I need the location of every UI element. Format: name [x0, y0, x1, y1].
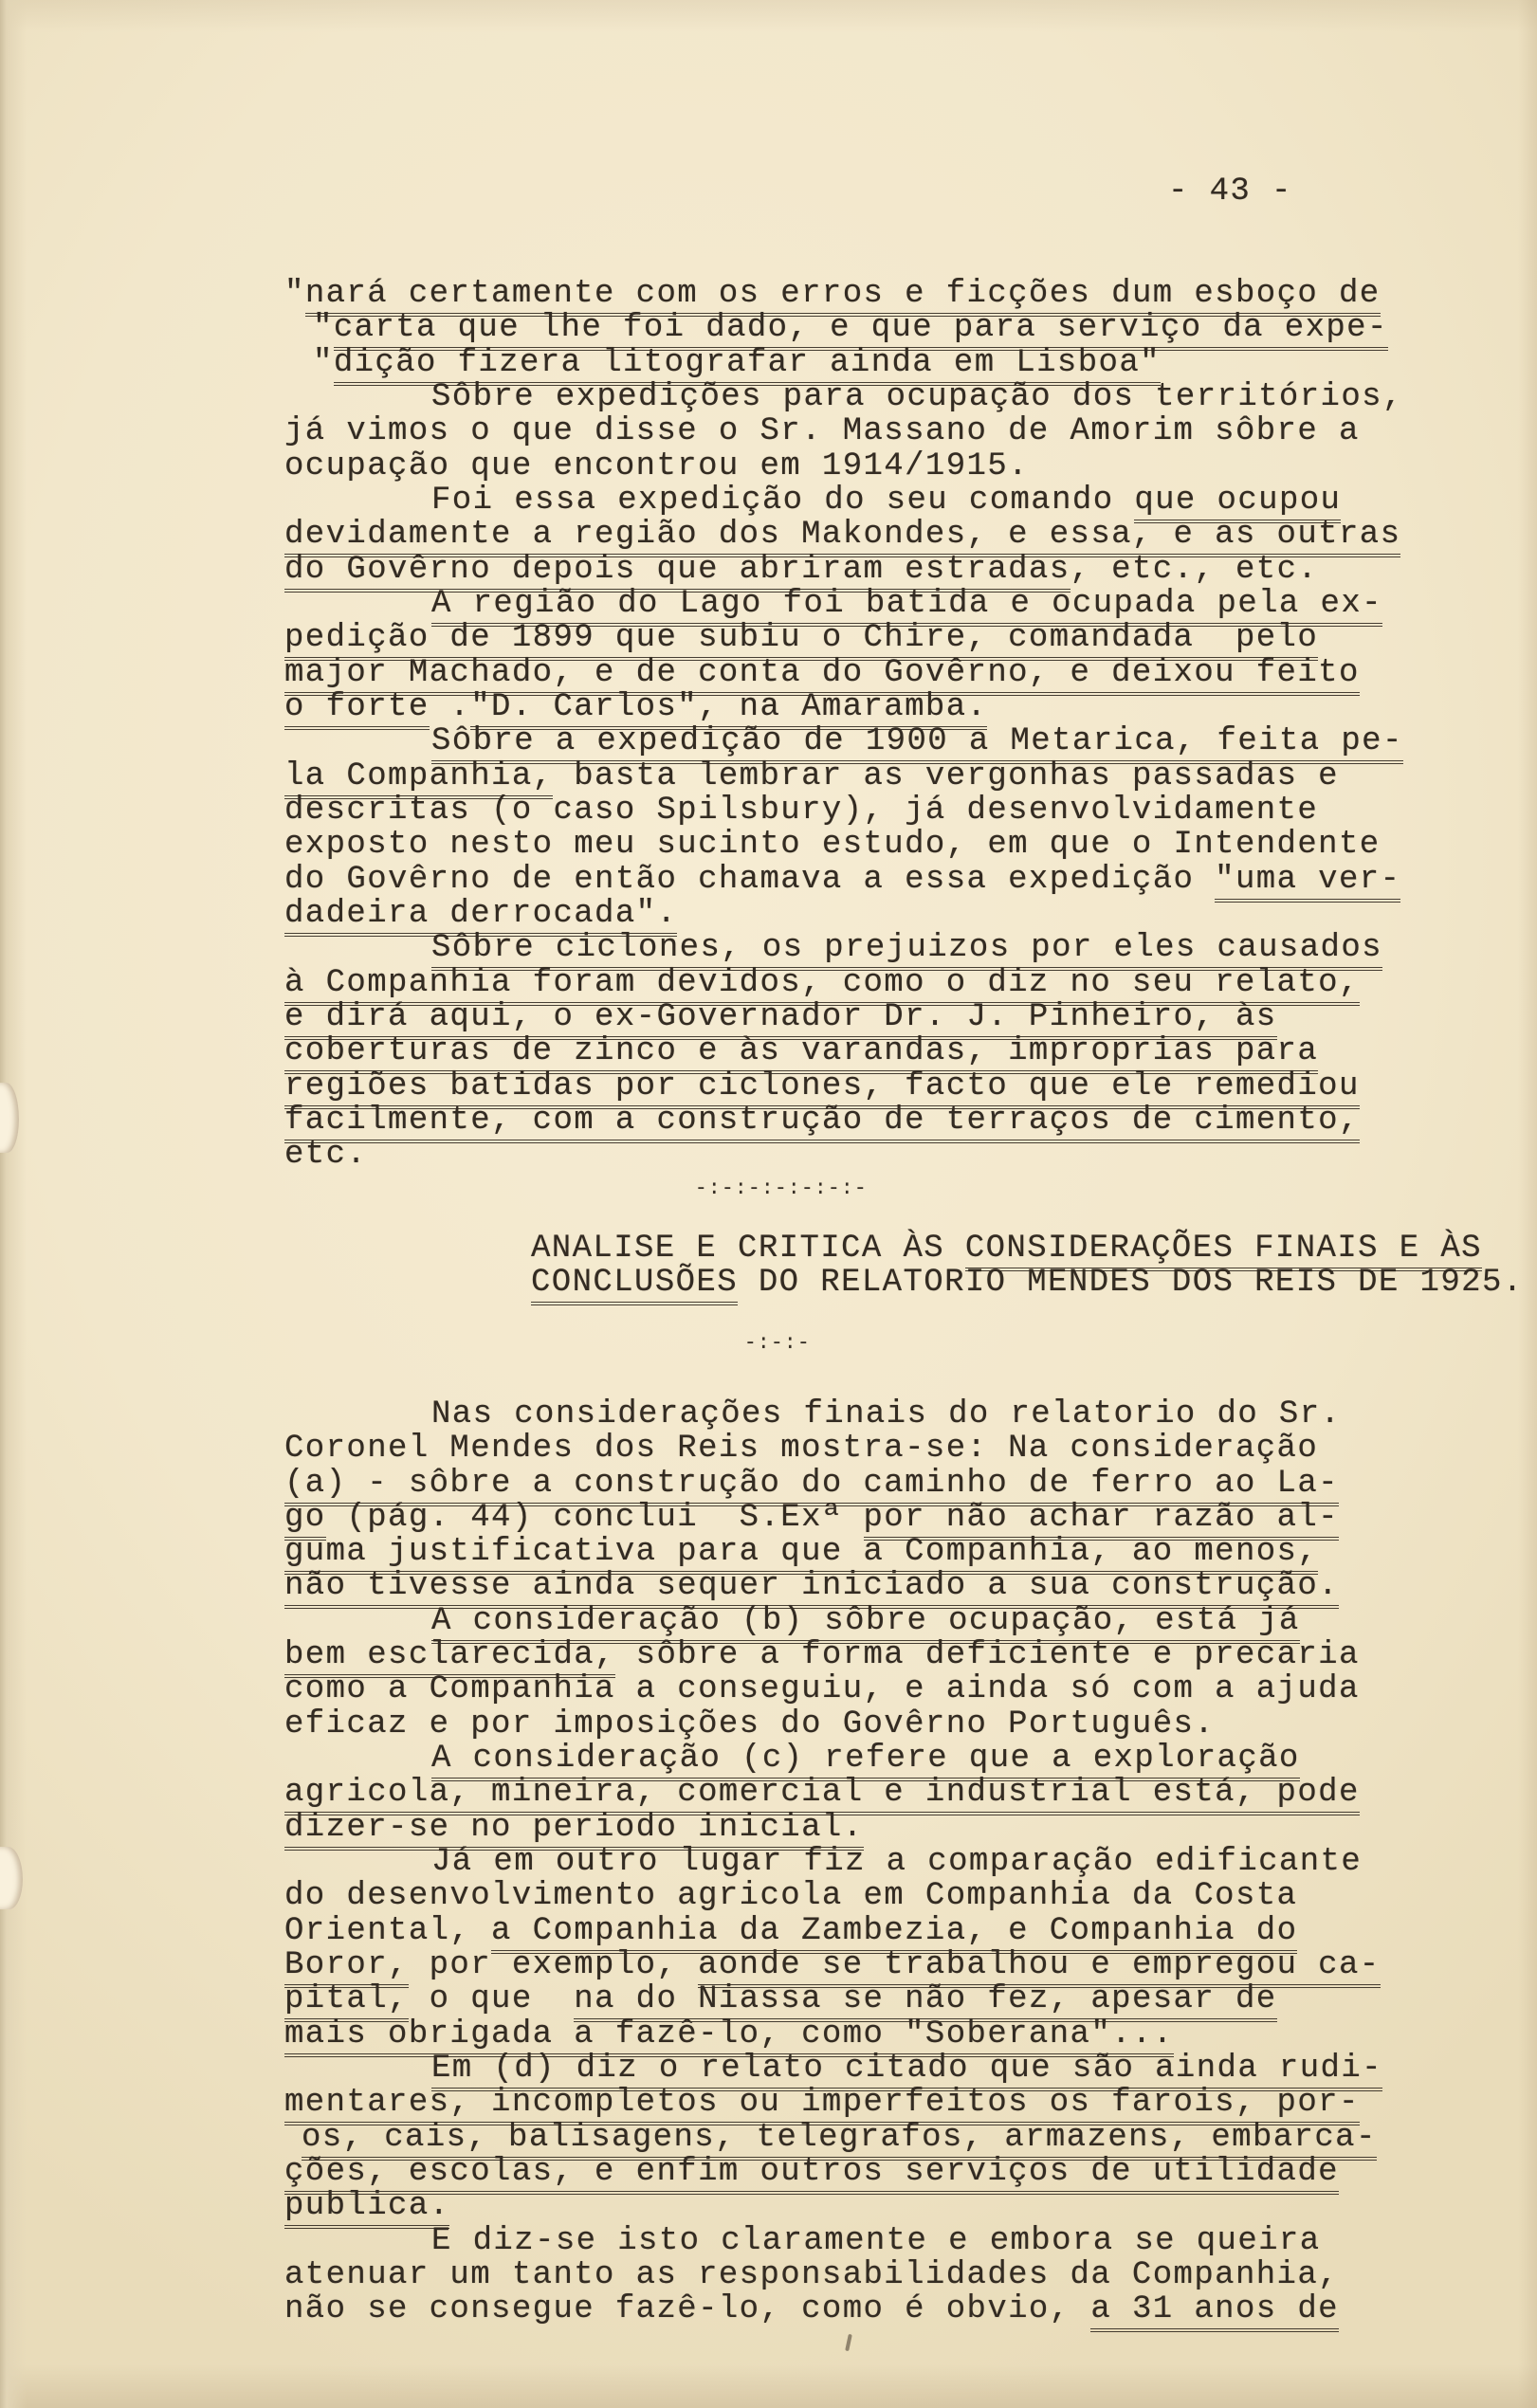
text-line: A consideração (c) refere que a exploraç…	[0, 1742, 1537, 1776]
text-segment: etc.	[284, 1137, 367, 1173]
text-segment: "	[284, 276, 305, 312]
divider-line: -:-:-:-:-:-:-	[0, 1173, 1537, 1207]
text-segment: "	[313, 310, 334, 346]
text-line: (a) - sôbre a construção do caminho de f…	[0, 1467, 1537, 1501]
section-divider-long: -:-:-:-:-:-:-	[0, 1173, 1537, 1207]
text-line: atenuar um tanto as responsabilidades da…	[0, 2258, 1537, 2292]
text-line: pedição de 1899 que subiu o Chire, coman…	[0, 621, 1537, 655]
text-line: facilmente, com a construção de terraços…	[0, 1104, 1537, 1138]
text-line: Já em outro lugar fiz a comparação edifi…	[0, 1845, 1537, 1879]
text-segment: não se consegue fazê-lo, como é obvio,	[284, 2291, 1090, 2327]
text-line: major Machado, e de conta do Govêrno, e …	[0, 656, 1537, 690]
text-line: descritas (o caso Spilsbury), já desenvo…	[0, 794, 1537, 828]
text-segment: atenuar um tanto as responsabilidades da…	[284, 2257, 1339, 2293]
text-line: regiões batidas por ciclones, facto que …	[0, 1069, 1537, 1104]
text-line: E diz-se isto claramente e embora se que…	[0, 2224, 1537, 2258]
text-line: já vimos o que disse o Sr. Massano de Am…	[0, 414, 1537, 448]
text-line: Sôbre a expedição de 1900 a Metarica, fe…	[0, 724, 1537, 758]
text-line: agricola, mineira, comercial e industria…	[0, 1776, 1537, 1810]
text-line: mais obrigada a fazê-lo, como "Soberana"…	[0, 2017, 1537, 2052]
text-line: ocupação que encontrou em 1914/1915.	[0, 449, 1537, 483]
text-segment: "	[313, 345, 334, 381]
text-segment: .	[430, 689, 471, 725]
text-line: A região do Lago foi batida e ocupada pe…	[0, 587, 1537, 621]
text-line: "nará certamente com os erros e ficções …	[0, 277, 1537, 311]
text-line: do Govêrno de então chamava a essa exped…	[0, 863, 1537, 897]
page-number: - 43 -	[1168, 173, 1292, 210]
text-line: Nas considerações finais do relatorio do…	[0, 1397, 1537, 1432]
text-segment: Oriental,	[284, 1913, 491, 1949]
text-line: A consideração (b) sôbre ocupação, está …	[0, 1604, 1537, 1638]
section-divider-short: -:-:-	[0, 1327, 1537, 1361]
text-segment: ocupação que encontrou em 1914/1915.	[284, 448, 1029, 484]
text-line: dizer-se no periodo inicial.	[0, 1811, 1537, 1845]
text-segment: DO RELATORIO MENDES DOS REIS DE 1925.	[738, 1265, 1524, 1301]
divider-line: -:-:-	[0, 1327, 1537, 1361]
text-segment: exposto nesto meu sucinto estudo, em que…	[284, 827, 1381, 863]
ink-smudge-mark	[845, 2334, 852, 2351]
text-line: Em (d) diz o relato citado que são ainda…	[0, 2052, 1537, 2086]
text-segment: ANALISE E CRITICA ÀS	[531, 1231, 965, 1267]
text-segment: do desenvolvimento agricola em Companhia…	[284, 1878, 1297, 1914]
heading-line: ANALISE E CRITICA ÀS CONSIDERAÇÕES FINAI…	[0, 1231, 1537, 1266]
text-line: do Govêrno depois que abriram estradas, …	[0, 553, 1537, 587]
text-line: ções, escolas, e enfim outros serviços d…	[0, 2155, 1537, 2189]
text-line: Boror, por exemplo, aonde se trabalhou e…	[0, 1948, 1537, 1982]
underlined-text-segment: publica.	[284, 2188, 449, 2229]
underlined-text-segment: CONCLUSÕES	[531, 1265, 738, 1305]
text-segment: descritas (o caso Spilsbury), já desenvo…	[284, 793, 1318, 829]
text-line: "dição fizera litografar ainda em Lisboa…	[0, 346, 1537, 380]
text-line: "carta que lhe foi dado, e que para serv…	[0, 311, 1537, 345]
text-line: Coronel Mendes dos Reis mostra-se: Na co…	[0, 1432, 1537, 1466]
text-line: não se consegue fazê-lo, como é obvio, a…	[0, 2292, 1537, 2326]
text-line: Sôbre ciclones, os prejuizos por eles ca…	[0, 931, 1537, 965]
text-segment: o que	[409, 1981, 574, 2017]
text-segment: basta lembrar as vergonhas passadas e	[553, 758, 1339, 794]
text-segment: Nas considerações finais do relatorio do…	[431, 1396, 1341, 1432]
text-segment: E diz-se isto claramente e embora se que…	[431, 2223, 1321, 2259]
final-considerations-analysis: Nas considerações finais do relatorio do…	[0, 1397, 1537, 2327]
text-segment: sôbre a forma deficiente e precaria	[615, 1637, 1360, 1673]
text-line: Sôbre expedições para ocupação dos terri…	[0, 380, 1537, 414]
text-segment: , etc., etc.	[1070, 552, 1319, 588]
underlined-text-segment: o forte	[284, 689, 430, 730]
document-page: - 43 - "nará certamente com os erros e f…	[0, 0, 1537, 2408]
underlined-text-segment: "uma ver-	[1215, 862, 1400, 903]
document-body: "nará certamente com os erros e ficções …	[0, 277, 1537, 2327]
text-line: coberturas de zinco e às varandas, impro…	[0, 1034, 1537, 1068]
text-line: Oriental, a Companhia da Zambezia, e Com…	[0, 1914, 1537, 1948]
text-segment: já vimos o que disse o Sr. Massano de Am…	[284, 413, 1360, 449]
text-line: não tivesse ainda sequer iniciado a sua …	[0, 1569, 1537, 1603]
quoted-passage-and-expedition-analysis: "nará certamente com os erros e ficções …	[0, 277, 1537, 1173]
text-line: os, cais, balisagens, telegrafos, armaze…	[0, 2121, 1537, 2155]
text-line: do desenvolvimento agricola em Companhia…	[0, 1879, 1537, 1913]
text-line: la Companhia, basta lembrar as vergonhas…	[0, 759, 1537, 794]
text-segment: Coronel Mendes dos Reis mostra-se: Na co…	[284, 1431, 1318, 1467]
text-line: como a Companhia a conseguiu, e ainda só…	[0, 1672, 1537, 1706]
text-segment: eficaz e por imposições do Govêrno Portu…	[284, 1706, 1215, 1742]
text-segment: Sôbre expedições para ocupação dos terri…	[431, 379, 1403, 415]
text-line: devidamente a região dos Makondes, e ess…	[0, 518, 1537, 552]
chapter-heading: ANALISE E CRITICA ÀS CONSIDERAÇÕES FINAI…	[0, 1231, 1537, 1301]
text-segment: Foi essa expedição do seu comando	[431, 483, 1134, 519]
text-segment: do Govêrno de então chamava a essa exped…	[284, 862, 1215, 898]
text-segment: Já em outro lugar fiz a comparação edifi…	[431, 1844, 1362, 1880]
underlined-text-segment: a 31 anos de	[1090, 2291, 1339, 2332]
text-segment: como a Companhia a conseguiu, e ainda só…	[284, 1671, 1360, 1707]
heading-line: CONCLUSÕES DO RELATORIO MENDES DOS REIS …	[0, 1266, 1537, 1300]
text-line: go (pág. 44) conclui S.Exª por não achar…	[0, 1501, 1537, 1535]
text-line: eficaz e por imposições do Govêrno Portu…	[0, 1707, 1537, 1742]
underlined-text-segment: facilmente, com a construção de terraços…	[284, 1103, 1360, 1143]
text-line: Foi essa expedição do seu comando que oc…	[0, 483, 1537, 518]
text-line: mentares, incompletos ou imperfeitos os …	[0, 2086, 1537, 2120]
text-line: guma justificativa para que a Companhia,…	[0, 1535, 1537, 1569]
text-line: bem esclarecida, sôbre a forma deficient…	[0, 1638, 1537, 1672]
text-line: à Companhia foram devidos, como o diz no…	[0, 966, 1537, 1000]
text-line: exposto nesto meu sucinto estudo, em que…	[0, 828, 1537, 862]
text-segment: por exemplo,	[409, 1947, 698, 1983]
text-segment: (pág. 44) conclui S.Exª	[326, 1500, 864, 1536]
